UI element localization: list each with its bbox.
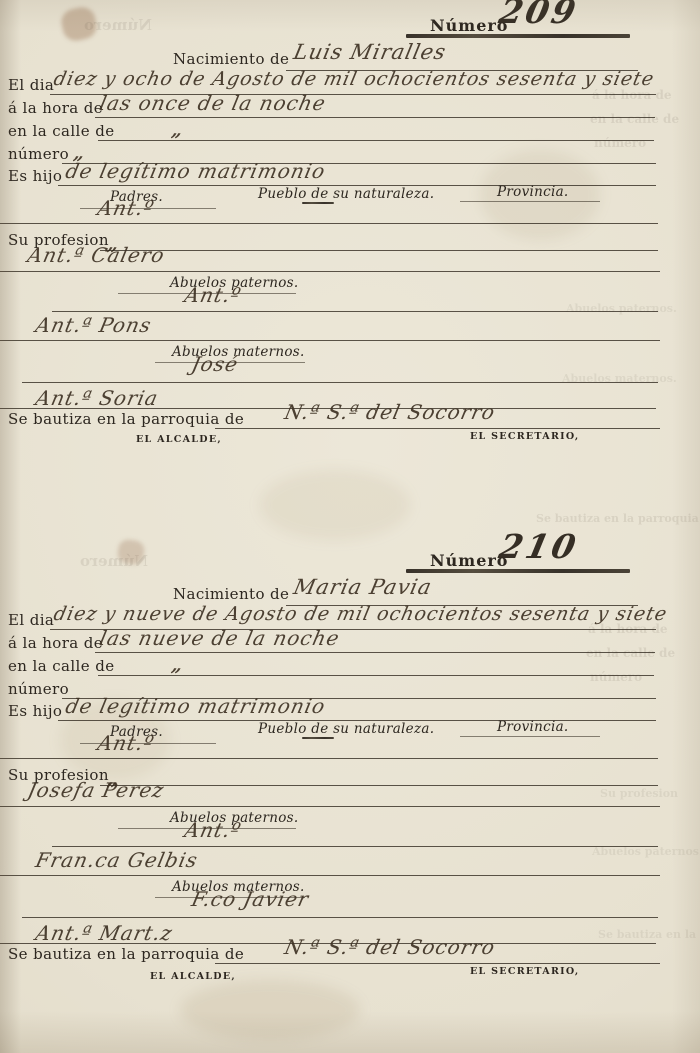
paternal-grandmother-value: Ant.ª Pons [33, 313, 154, 337]
secretario-label: EL SECRETARIO, [470, 966, 580, 977]
numero-underline [406, 34, 630, 38]
legitimacy-value: de legítimo matrimonio [63, 159, 328, 183]
mother-name-value: Ant.ª Calero [25, 243, 167, 267]
mother-name-value: Josefa Perez [25, 778, 166, 802]
child-name-value: Luis Miralles [291, 40, 448, 64]
maternal-grandfather-value: F.co Javier [189, 887, 311, 911]
record-number-value: 209 [496, 0, 582, 31]
paternal-grandfather-value: Ant.º [182, 818, 243, 842]
numero-underline [406, 569, 630, 573]
birth-time-value: las once de la noche [97, 91, 328, 115]
numero-casa-label: número [8, 145, 69, 163]
calle-label: en la calle de [8, 657, 114, 675]
rule [98, 140, 654, 141]
paternal-grandmother-value: Fran.ca Gelbis [33, 848, 200, 872]
bautiza-label: Se bautiza en la parroquia de [8, 945, 244, 963]
register-page-scan: Número á la hora de en la calle de númer… [0, 0, 700, 1053]
rule [215, 963, 660, 964]
paper-stain [260, 470, 410, 540]
numero-casa-label: número [8, 680, 69, 698]
rule [98, 675, 654, 676]
secretario-label: EL SECRETARIO, [470, 431, 580, 442]
hora-label: á la hora de [8, 99, 103, 117]
paternal-grandfather-value: Ant.º [182, 283, 243, 307]
rule [100, 250, 658, 251]
street-ditto-mark: „ [170, 655, 186, 676]
maternal-grandfather-value: José [189, 352, 240, 376]
parish-value: N.ª S.ª del Socorro [282, 400, 497, 424]
rule [0, 758, 658, 759]
hora-label: á la hora de [8, 634, 103, 652]
rule [0, 340, 660, 341]
alcalde-label: EL ALCALDE, [136, 434, 222, 445]
rule [95, 652, 655, 653]
es-hijo-label: Es hijo [8, 702, 62, 720]
rule [0, 271, 660, 272]
record-number-value: 210 [496, 527, 582, 566]
rule [460, 736, 600, 737]
bautiza-label: Se bautiza en la parroquia de [8, 410, 244, 428]
birth-date-value: diez y nueve de Agosto de mil ochociento… [52, 603, 670, 625]
rule [302, 202, 334, 204]
rule [52, 311, 658, 312]
maternal-grandmother-value: Ant.ª Mart.z [33, 921, 175, 945]
legitimacy-value: de legítimo matrimonio [63, 694, 328, 718]
birth-record-210: Número 210 Nacimiento de Maria Pavia El … [0, 535, 700, 1005]
street-ditto-mark: „ [170, 120, 186, 141]
ghost-text: Se bautiza en la parroquia de [536, 512, 700, 525]
parish-value: N.ª S.ª del Socorro [282, 935, 497, 959]
rule [22, 382, 658, 383]
birth-record-209: Número 209 Nacimiento de Luis Miralles E… [0, 0, 700, 470]
rule [460, 201, 600, 202]
rule [100, 785, 658, 786]
rule [215, 428, 660, 429]
maternal-grandmother-value: Ant.ª Soria [33, 386, 160, 410]
birth-date-value: diez y ocho de Agosto de mil ochocientos… [52, 68, 657, 90]
alcalde-label: EL ALCALDE, [150, 971, 236, 982]
nacimiento-label: Nacimiento de [173, 585, 289, 603]
father-name-value: Ant.º [95, 196, 156, 220]
calle-label: en la calle de [8, 122, 114, 140]
provincia-header: Provincia. [497, 184, 569, 200]
rule [302, 737, 334, 739]
el-dia-label: El dia [8, 611, 54, 629]
child-name-value: Maria Pavia [291, 575, 434, 599]
provincia-header: Provincia. [497, 719, 569, 735]
father-name-value: Ant.º [95, 731, 156, 755]
rule [0, 875, 660, 876]
birth-time-value: las nueve de la noche [97, 626, 342, 650]
rule [95, 117, 655, 118]
es-hijo-label: Es hijo [8, 167, 62, 185]
rule [52, 846, 658, 847]
rule [0, 223, 658, 224]
rule [22, 917, 658, 918]
rule [0, 806, 660, 807]
pueblo-header: Pueblo de su naturaleza. [258, 721, 434, 737]
nacimiento-label: Nacimiento de [173, 50, 289, 68]
el-dia-label: El dia [8, 76, 54, 94]
pueblo-header: Pueblo de su naturaleza. [258, 186, 434, 202]
